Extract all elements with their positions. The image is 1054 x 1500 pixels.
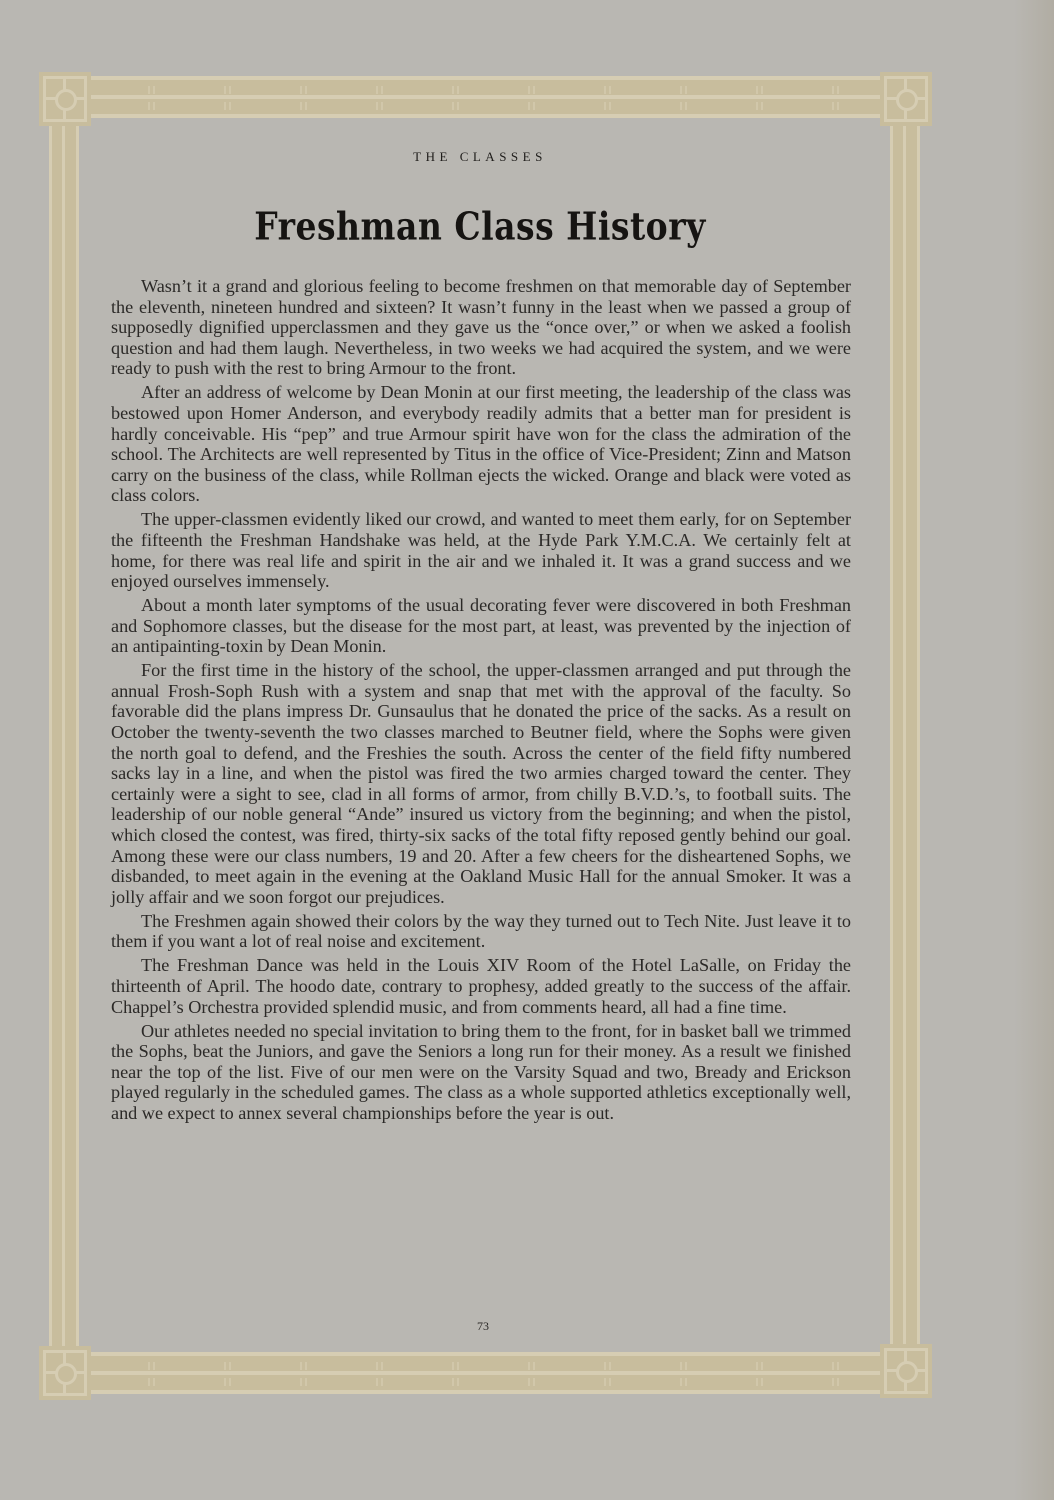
bottom-border-bar	[80, 1352, 888, 1394]
corner-ornament-top-right-icon	[884, 76, 928, 122]
paragraph: Wasn’t it a grand and glorious feeling t…	[111, 276, 851, 379]
paragraph: About a month later symptoms of the usua…	[111, 595, 851, 657]
paragraph: For the first time in the history of the…	[111, 660, 851, 907]
paragraph: The Freshman Dance was held in the Louis…	[111, 955, 851, 1017]
right-border-bar	[890, 118, 920, 1352]
top-border-bar	[80, 76, 888, 118]
article-body: Wasn’t it a grand and glorious feeling t…	[111, 276, 851, 1127]
page-edge-shadow	[1014, 0, 1054, 1500]
paragraph: After an address of welcome by Dean Moni…	[111, 382, 851, 506]
page-number: 73	[0, 1319, 966, 1334]
page-title: Freshman Class History	[0, 204, 960, 249]
paragraph: The Freshmen again showed their colors b…	[111, 911, 851, 952]
corner-ornament-bottom-right-icon	[884, 1348, 928, 1394]
running-head: THE CLASSES	[0, 149, 960, 165]
corner-ornament-bottom-left-icon	[43, 1350, 87, 1396]
left-border-bar	[49, 118, 79, 1352]
corner-ornament-top-left-icon	[43, 76, 87, 122]
paragraph: Our athletes needed no special invitatio…	[111, 1021, 851, 1124]
paragraph: The upper-classmen evidently liked our c…	[111, 509, 851, 591]
